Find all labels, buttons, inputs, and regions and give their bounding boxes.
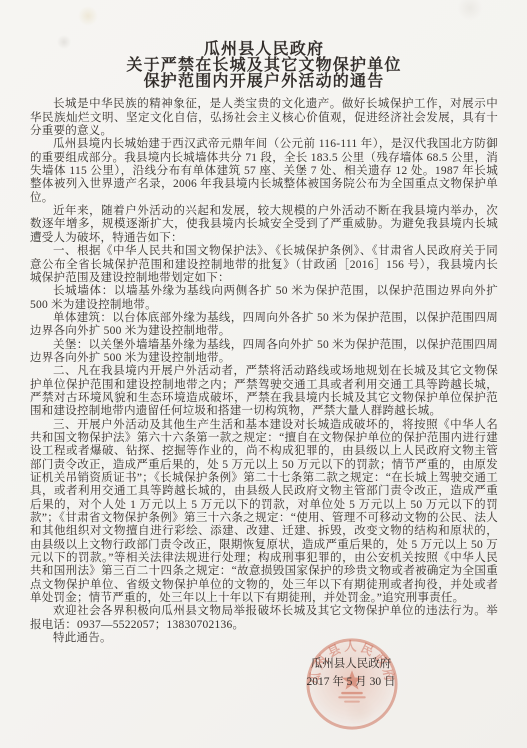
paragraph-report-hotline: 欢迎社会各界积极向瓜州县文物局举报破坏长城及其它文物保护单位的违法行为。举报电话… — [30, 605, 498, 632]
notice-body: 长城是中华民族的精神象征，是人类宝贵的文化遗产。做好长城保护工作，对展示中华民族… — [30, 98, 498, 645]
signature-issuer: 瓜州县人民政府 — [280, 656, 422, 674]
paragraph-item-1: 一、根据《中华人民共和国文物保护法》、《长城保护条例》、《甘肃省人民政府关于同意… — [30, 245, 498, 285]
paragraph-wall-scope: 长城墙体：以墙基外缘为基线向两侧各扩 50 米为保护范围，以保护范围边界向外扩 … — [30, 285, 498, 312]
paragraph-closing: 特此通告。 — [30, 632, 498, 645]
paragraph-fortress-scope: 关堡：以关堡外墙墙基外缘为基线，四周各向外扩 50 米为保护范围，以保护范围四周… — [30, 339, 498, 366]
signature-date: 2017 年 5 月 30 日 — [280, 674, 422, 692]
paragraph-item-2: 二、凡在我县境内开展户外活动者，严禁将活动路线或场地规划在长城及其它文物保护单位… — [30, 365, 498, 418]
title-line-subject-1: 关于严禁在长城及其它文物保护单位 — [30, 58, 498, 74]
title-line-subject-2: 保护范围内开展户外活动的通告 — [30, 74, 498, 90]
notice-page: 瓜州县人民政府 关于严禁在长城及其它文物保护单位 保护范围内开展户外活动的通告 … — [0, 0, 527, 748]
paragraph-building-scope: 单体建筑：以台体底部外缘为基线，四周向外各扩 50 米为保护范围，以保护范围四周… — [30, 312, 498, 339]
signature-block: 瓜州县人民政府 2017 年 5 月 30 日 — [280, 656, 422, 691]
title-line-issuer: 瓜州县人民政府 — [30, 42, 498, 58]
paragraph-threat: 近年来，随着户外活动的兴起和发展，较大规模的户外活动不断在我县境内举办，次数逐年… — [30, 205, 498, 245]
notice-title: 瓜州县人民政府 关于严禁在长城及其它文物保护单位 保护范围内开展户外活动的通告 — [30, 42, 498, 89]
paragraph-item-3: 三、开展户外活动及其他生产生活和基本建设对长城造成破坏的，将按照《中华人名共和国… — [30, 419, 498, 606]
paragraph-background: 瓜州县境内长城始建于西汉武帝元鼎年间（公元前 116-111 年），是汉代我国北… — [30, 138, 498, 205]
paragraph-intro: 长城是中华民族的精神象征，是人类宝贵的文化遗产。做好长城保护工作，对展示中华民族… — [30, 98, 498, 138]
